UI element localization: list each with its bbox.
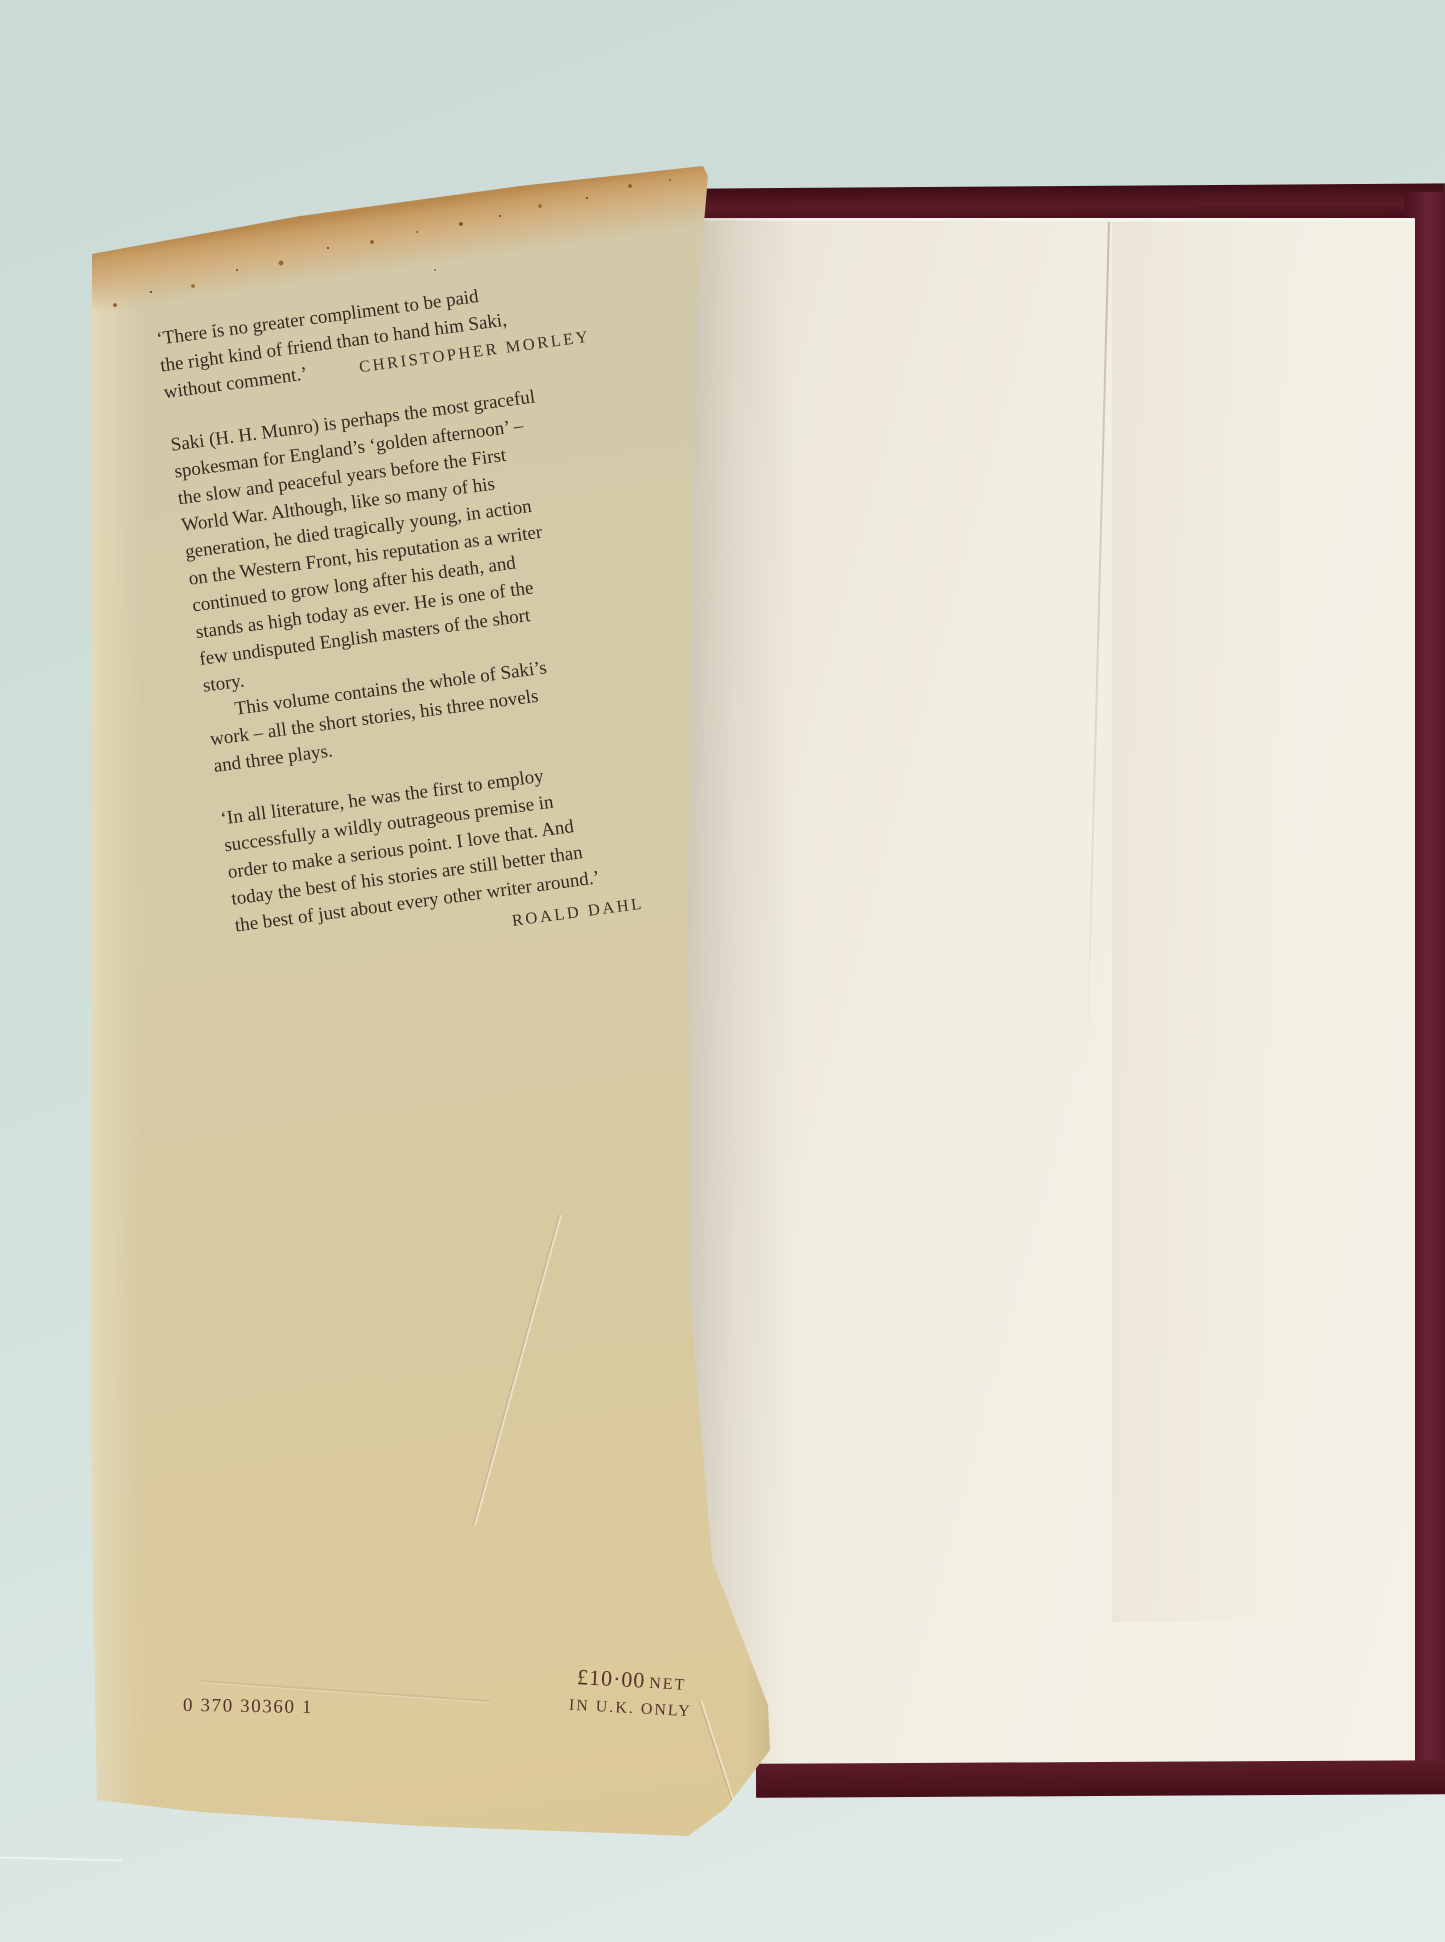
price-block: £10·00 NET IN U.K. ONLY xyxy=(542,1663,721,1725)
book-cloth-bottom-edge xyxy=(756,1760,1445,1798)
dust-jacket-flap: ‘There is no greater compliment to be pa… xyxy=(85,120,780,1845)
flap-crease-line xyxy=(474,1215,562,1526)
price-amount: £10·00 xyxy=(576,1664,646,1693)
price-net-label: NET xyxy=(649,1675,687,1694)
flap-blurb-text: ‘There is no greater compliment to be pa… xyxy=(155,269,667,970)
isbn-number: 0 370 30360 1 xyxy=(183,1695,313,1719)
wall-seam-line xyxy=(0,1857,122,1862)
page-right-shading xyxy=(1112,222,1407,1622)
